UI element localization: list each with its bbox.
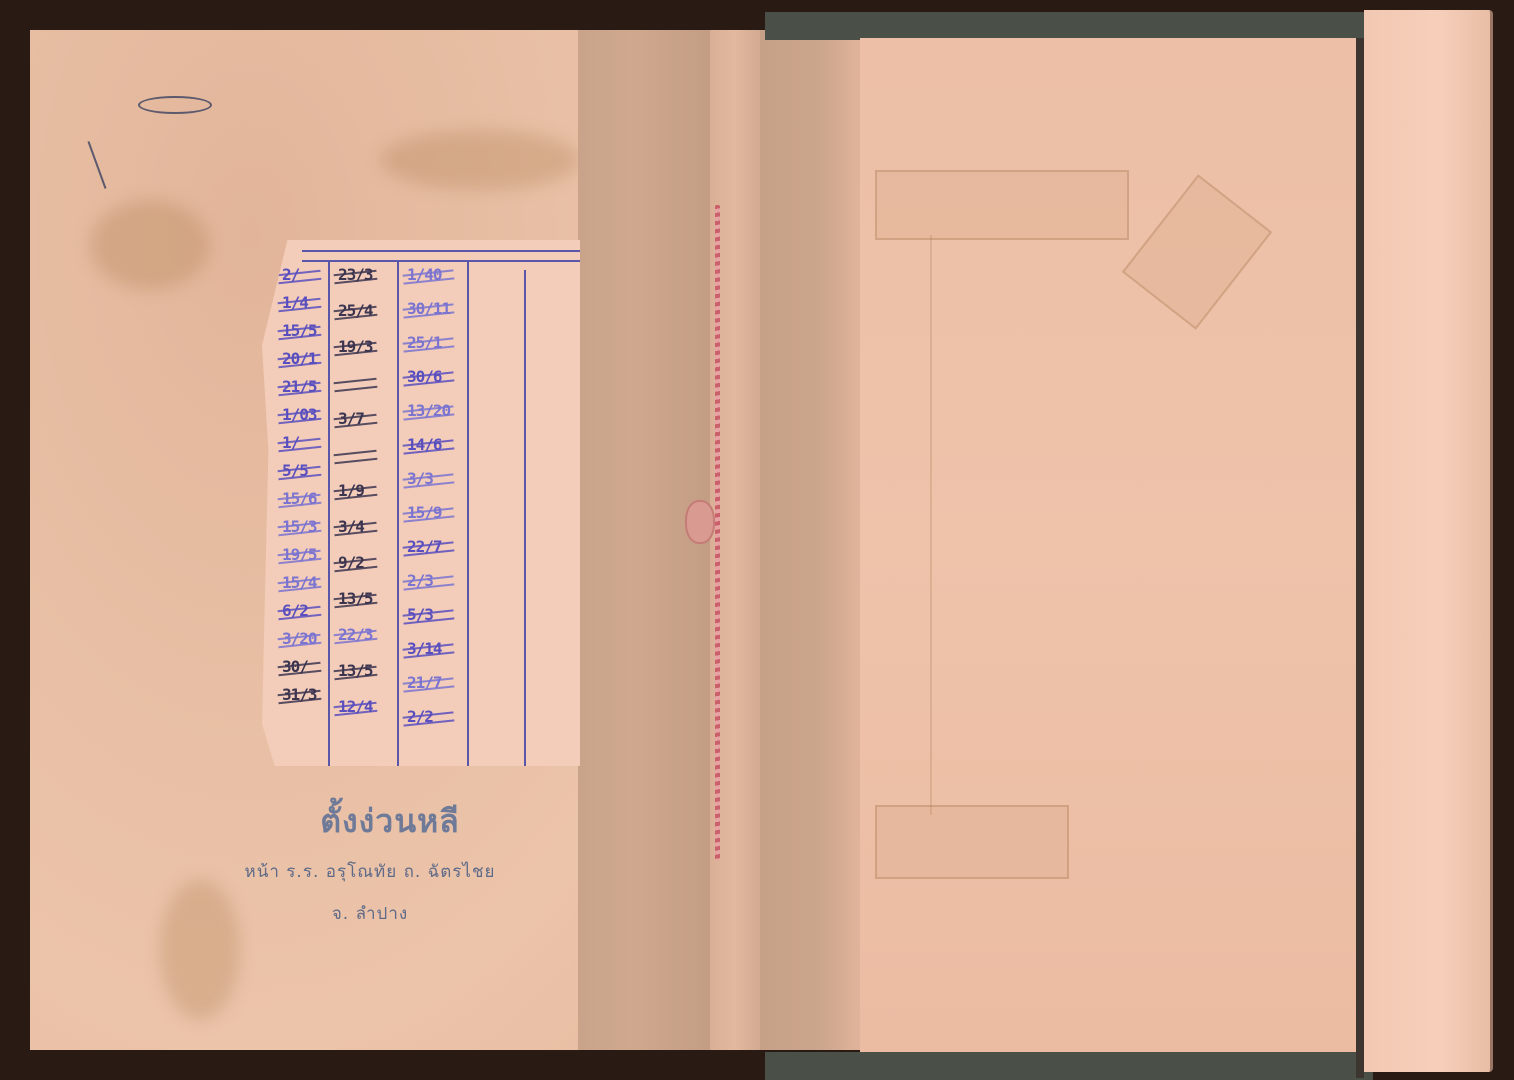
due-entry: 1/4 [282, 292, 317, 314]
due-entry: 1/40 [407, 264, 450, 286]
due-entry: 3/4 [338, 516, 373, 538]
due-entry: 1/03 [282, 404, 317, 426]
due-entry: 30/11 [407, 298, 450, 320]
due-entry: 19/5 [282, 544, 317, 566]
sewing-cord [715, 205, 720, 860]
hinge-tape-right [760, 30, 860, 1050]
due-entry [338, 444, 373, 466]
due-entry: 21/7 [407, 672, 450, 694]
card-column-divider [397, 260, 399, 766]
due-entry: 13/20 [407, 400, 450, 422]
due-column-3: 1/40 30/11 25/1 30/6 13/20 14/6 3/3 15/9… [407, 264, 450, 728]
due-entry: 3/14 [407, 638, 450, 660]
card-column-divider [524, 270, 526, 766]
due-entry: 25/4 [338, 300, 373, 322]
cover-board-edge-bottom [765, 1052, 1373, 1080]
due-entry [338, 372, 373, 394]
due-entry: 9/2 [338, 552, 373, 574]
due-entry: 15/6 [282, 488, 317, 510]
due-entry: 3/3 [407, 468, 450, 490]
shop-stamp-address: หน้า ร.ร. อรุโณทัย ถ. ฉัตรไชย [170, 858, 570, 885]
due-column-2: 23/3 25/4 19/3 3/7 1/9 3/4 9/2 13/5 22/3… [338, 264, 373, 718]
due-entry: 30/ [282, 656, 317, 678]
old-tape-residue [875, 805, 1069, 879]
due-entry: 2/ [282, 264, 317, 286]
due-entry: 13/5 [338, 660, 373, 682]
fore-edge-flap [1364, 10, 1493, 1072]
card-rule-top-2 [302, 260, 580, 262]
due-entry: 5/3 [407, 604, 450, 626]
due-entry: 12/4 [338, 696, 373, 718]
card-rule-top [302, 250, 580, 252]
due-entry: 22/3 [338, 624, 373, 646]
due-entry: 23/3 [338, 264, 373, 286]
shop-stamp-name: ตั้งง่วนหลี [240, 796, 540, 847]
due-entry: 14/6 [407, 434, 450, 456]
due-entry: 1/9 [338, 480, 373, 502]
page-crease [930, 235, 932, 815]
due-entry: 15/9 [407, 502, 450, 524]
due-entry: 13/5 [338, 588, 373, 610]
cover-board-edge-top [765, 12, 1373, 40]
due-entry: 19/3 [338, 336, 373, 358]
due-entry: 15/5 [282, 320, 317, 342]
due-entry: 22/7 [407, 536, 450, 558]
due-entry: 20/1 [282, 348, 317, 370]
pen-scribble [138, 96, 212, 114]
due-column-1: 2/ 1/4 15/5 20/1 21/5 1/03 1/ 5/5 15/6 1… [282, 264, 317, 706]
card-column-divider [467, 260, 469, 766]
due-entry: 25/1 [407, 332, 450, 354]
due-date-card: 2/ 1/4 15/5 20/1 21/5 1/03 1/ 5/5 15/6 1… [262, 240, 580, 766]
due-entry: 2/2 [407, 706, 450, 728]
due-entry: 3/20 [282, 628, 317, 650]
due-entry: 6/2 [282, 600, 317, 622]
due-entry: 15/3 [282, 516, 317, 538]
shop-stamp-province: จ. ลำปาง [170, 900, 570, 927]
due-entry: 30/6 [407, 366, 450, 388]
due-entry: 3/7 [338, 408, 373, 430]
card-column-divider [328, 260, 330, 766]
due-entry: 5/5 [282, 460, 317, 482]
due-entry: 1/ [282, 432, 317, 454]
flap-shadow [1356, 38, 1364, 1078]
due-entry: 2/3 [407, 570, 450, 592]
due-entry: 21/5 [282, 376, 317, 398]
water-stain [90, 200, 210, 290]
old-tape-residue [875, 170, 1129, 240]
due-entry: 15/4 [282, 572, 317, 594]
due-entry: 31/3 [282, 684, 317, 706]
cord-knot [685, 500, 715, 544]
water-stain [380, 130, 580, 190]
